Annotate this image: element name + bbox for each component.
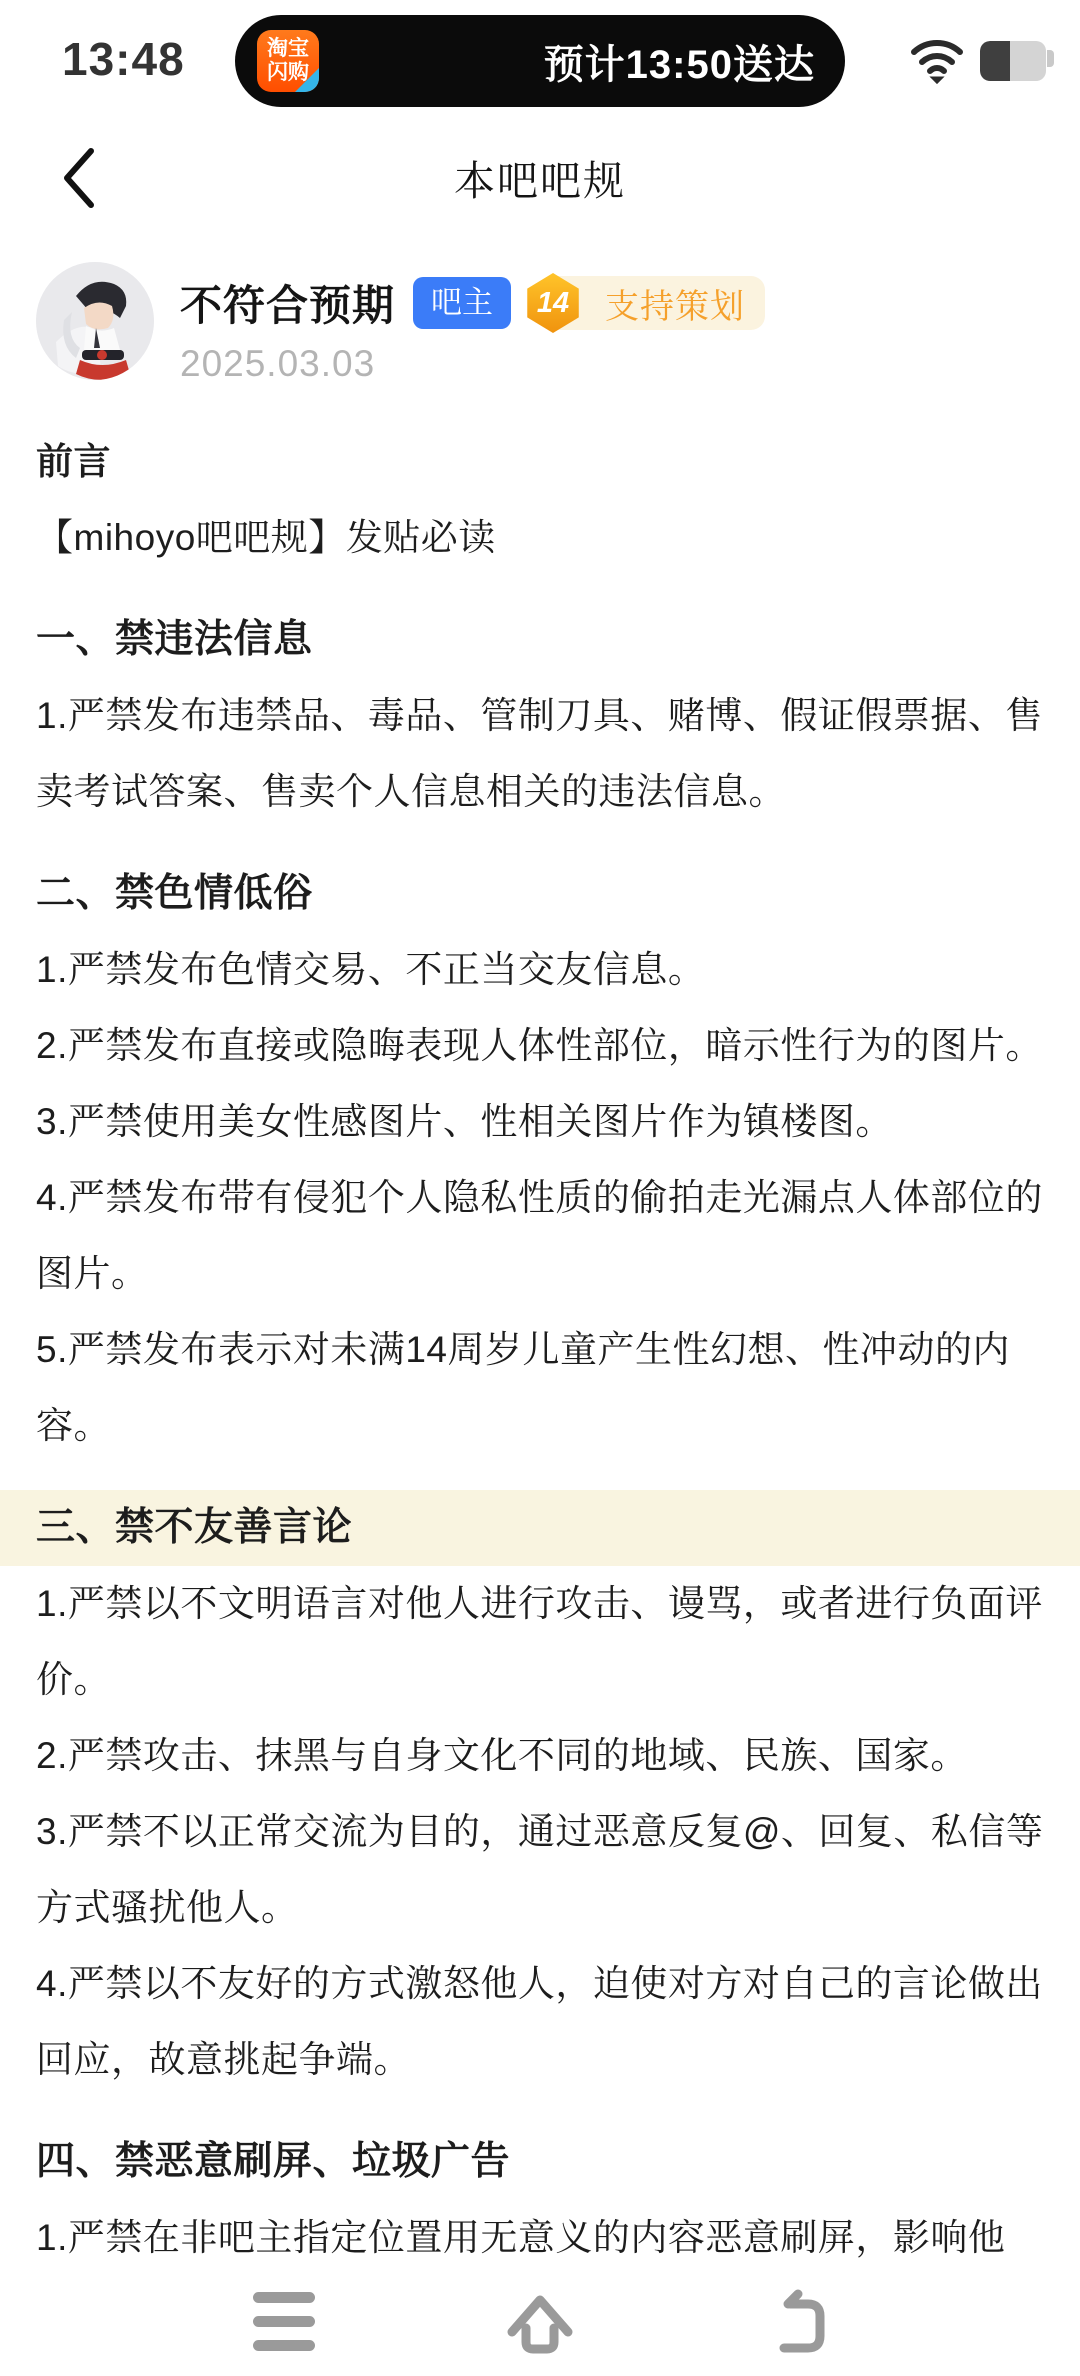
rule-text: 1.严禁在非吧主指定位置用无意义的内容恶意刷屏，影响他 xyxy=(36,2200,1044,2276)
author-name[interactable]: 不符合预期 xyxy=(180,273,395,333)
level-badge: 14 支持策划 xyxy=(539,276,765,330)
back-nav-button[interactable] xyxy=(756,2285,836,2357)
taobao-icon-line2: 闪购 xyxy=(267,61,309,85)
rule-text: 4.严禁以不友好的方式激怒他人，迫使对方对自己的言论做出回应，故意挑起争端。 xyxy=(36,1946,1044,2098)
back-arrow-icon xyxy=(760,2288,832,2354)
home-button[interactable] xyxy=(500,2285,580,2357)
post-date: 2025.03.03 xyxy=(180,343,765,385)
avatar[interactable] xyxy=(36,262,154,380)
menu-icon xyxy=(253,2292,315,2351)
taobao-flash-app-icon: 淘宝 闪购 xyxy=(257,30,319,92)
status-icons xyxy=(910,38,1046,84)
battery-icon xyxy=(980,41,1046,81)
taobao-icon-line1: 淘宝 xyxy=(267,37,309,61)
title-bar: 本吧吧规 xyxy=(0,122,1080,234)
rule-text: 4.严禁发布带有侵犯个人隐私性质的偷拍走光漏点人体部位的图片。 xyxy=(36,1160,1044,1312)
rule-text: 【mihoyo吧吧规】发贴必读 xyxy=(36,500,1044,576)
author-meta: 不符合预期 吧主 14 支持策划 2025.03.03 xyxy=(180,262,765,396)
wifi-icon xyxy=(910,38,964,84)
avatar-image xyxy=(36,262,154,380)
screen: 13:48 淘宝 闪购 预计13:50送达 xyxy=(0,0,1080,2376)
rule-text: 1.严禁以不文明语言对他人进行攻击、谩骂，或者进行负面评价。 xyxy=(36,1566,1044,1718)
author-name-line: 不符合预期 吧主 14 支持策划 xyxy=(180,273,765,333)
level-label: 支持策划 xyxy=(605,279,745,328)
rule-text: 3.严禁不以正常交流为目的，通过恶意反复@、回复、私信等方式骚扰他人。 xyxy=(36,1794,1044,1946)
status-clock: 13:48 xyxy=(62,32,185,86)
moderator-badge: 吧主 xyxy=(413,277,511,328)
author-row: 不符合预期 吧主 14 支持策划 2025.03.03 xyxy=(36,262,1044,396)
section-heading: 一、禁违法信息 xyxy=(36,602,1044,678)
rule-text: 2.严禁发布直接或隐晦表现人体性部位，暗示性行为的图片。 xyxy=(36,1008,1044,1084)
section-heading: 三、禁不友善言论 xyxy=(0,1490,1080,1566)
delivery-eta-text: 预计13:50送达 xyxy=(544,33,815,90)
rule-text: 5.严禁发布表示对未满14周岁儿童产生性幻想、性冲动的内容。 xyxy=(36,1312,1044,1464)
bottom-nav-bar xyxy=(0,2266,1080,2376)
rule-text: 3.严禁使用美女性感图片、性相关图片作为镇楼图。 xyxy=(36,1084,1044,1160)
section-heading: 二、禁色情低俗 xyxy=(36,856,1044,932)
menu-button[interactable] xyxy=(244,2285,324,2357)
rule-text: 1.严禁发布违禁品、毒品、管制刀具、赌博、假证假票据、售卖考试答案、售卖个人信息… xyxy=(36,678,1044,830)
delivery-notification-pill[interactable]: 淘宝 闪购 预计13:50送达 xyxy=(235,15,845,107)
battery-fill xyxy=(980,41,1010,81)
rule-text: 前言 xyxy=(36,424,1044,500)
level-gem-icon: 14 xyxy=(525,273,581,333)
home-icon xyxy=(500,2288,580,2354)
section-heading: 四、禁恶意刷屏、垃圾广告 xyxy=(36,2124,1044,2200)
status-bar: 13:48 淘宝 闪购 预计13:50送达 xyxy=(0,0,1080,122)
rule-text: 1.严禁发布色情交易、不正当交友信息。 xyxy=(36,932,1044,1008)
rule-text: 2.严禁攻击、抹黑与自身文化不同的地域、民族、国家。 xyxy=(36,1718,1044,1794)
page-title: 本吧吧规 xyxy=(0,148,1080,207)
post-body: 前言【mihoyo吧吧规】发贴必读一、禁违法信息1.严禁发布违禁品、毒品、管制刀… xyxy=(36,424,1044,2276)
battery-nub xyxy=(1047,50,1054,67)
